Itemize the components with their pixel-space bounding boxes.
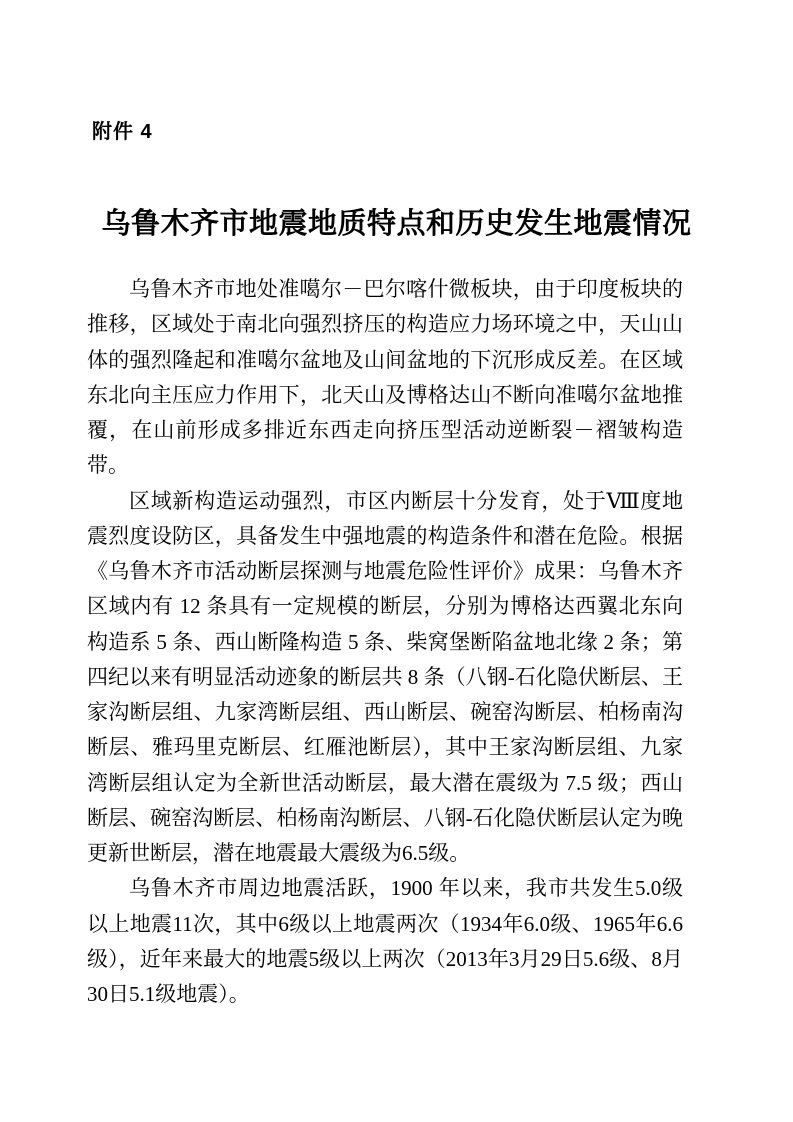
paragraph: 乌鲁木齐市地处准噶尔－巴尔喀什微板块，由于印度板块的推移，区域处于南北向强烈挤压… [87,272,683,484]
document-body: 乌鲁木齐市地处准噶尔－巴尔喀什微板块，由于印度板块的推移，区域处于南北向强烈挤压… [87,272,683,1012]
paragraph: 乌鲁木齐市周边地震活跃，1900 年以来，我市共发生5.0级以上地震11次，其中… [87,871,683,1012]
paragraph: 区域新构造运动强烈，市区内断层十分发育，处于Ⅷ度地震烈度设防区，具备发生中强地震… [87,484,683,872]
document-page: 附件 4 乌鲁木齐市地震地质特点和历史发生地震情况 乌鲁木齐市地处准噶尔－巴尔喀… [0,0,793,1122]
document-title: 乌鲁木齐市地震地质特点和历史发生地震情况 [0,205,793,243]
attachment-label: 附件 4 [92,119,153,145]
